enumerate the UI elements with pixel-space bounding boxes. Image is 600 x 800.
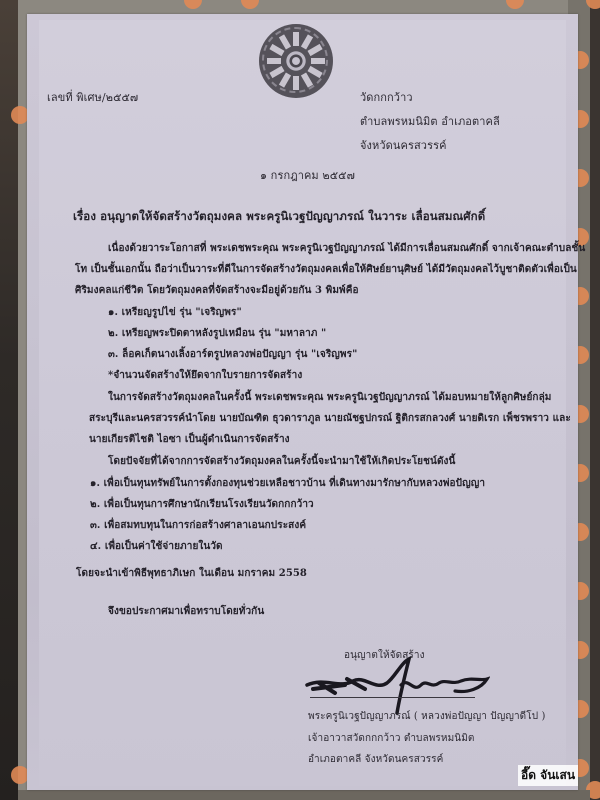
signatory-name: พระครูนิเวฐปัญญาภรณ์ ( หลวงพ่อปัญญา ปัญญ… [308, 709, 545, 724]
document-date: ๑ กรกฎาคม ๒๕๕๗ [260, 166, 355, 184]
reference-number: เลขที่ พิเศษ/๒๕๕๗ [47, 88, 138, 106]
paragraph-line: สระบุรีและนครสวรรค์นำโดย นายบัณฑิต ธุวดา… [89, 411, 571, 426]
sleeve-bottom-edge [18, 790, 590, 800]
quantity-note: *จำนวนจัดสร้างให้ยึดจากใบรายการจัดสร้าง [108, 368, 302, 383]
sender-address-line: ตำบลพรหมนิมิต อำเภอตาคลี [360, 112, 500, 130]
purpose-intro: โดยปัจจัยที่ได้จากการจัดสร้างวัตถุมงคลใน… [108, 454, 455, 469]
amulet-item: ๒. เหรียญพระปิดตาหลังรูปเหมือน รุ่น "มหา… [108, 326, 326, 341]
purpose-item: ๔. เพื่อเป็นค่าใช้จ่ายภายในวัด [90, 539, 223, 554]
amulet-item: ๑. เหรียญรูปไข่ รุ่น "เจริญพร" [108, 305, 242, 320]
paragraph-line: ในการจัดสร้างวัตถุมงคลในครั้งนี้ พระเดชพ… [108, 390, 552, 405]
seal-spoke [293, 76, 299, 90]
seal-spoke [267, 58, 281, 64]
purpose-item: ๒. เพื่อเป็นทุนการศึกษานักเรียนโรงเรียนว… [90, 497, 314, 512]
dharma-wheel-seal-icon [259, 24, 333, 98]
paragraph-line: นายเกียรติไชติ ไอซา เป็นผู้ดำเนินการจัดส… [89, 432, 290, 447]
announcement: จึงขอประกาศมาเพื่อทราบโดยทั่วกัน [108, 604, 264, 619]
paragraph-line: เนื่องด้วยวาระโอกาสที่ พระเดชพระคุณ พระค… [108, 241, 585, 256]
photo-watermark: อี๊ด จันเสน [518, 765, 578, 786]
purpose-item: ๑. เพื่อเป็นทุนทรัพย์ในการตั้งกองทุนช่วย… [90, 476, 485, 491]
amulet-item: ๓. ล็อคเก็ตนางเลิ้งอาร์ตรูปหลวงพ่อปัญญา … [108, 347, 357, 362]
seal-spoke [293, 32, 299, 46]
seal-spoke [311, 58, 325, 64]
handwritten-signature-icon [305, 655, 490, 715]
ceremony-note: โดยจะนำเข้าพิธีพุทธาภิเษก ในเดือน มกราคม… [76, 566, 307, 581]
purpose-item: ๓. เพื่อสมทบทุนในการก่อสร้างศาลาเอนกประส… [90, 518, 306, 533]
paragraph-line: ศิริมงคลแก่ชีวิต โดยวัตถุมงคลที่จัดสร้าง… [75, 283, 359, 298]
sender-province: จังหวัดนครสวรรค์ [360, 136, 447, 154]
subject-line: เรื่อง อนุญาตให้จัดสร้างวัตถุมงคล พระครู… [73, 208, 485, 226]
signatory-location: อำเภอตาคลี จังหวัดนครสวรรค์ [308, 752, 443, 767]
signature-line [310, 697, 475, 698]
signatory-title: เจ้าอาวาสวัดกกกว้าว ตำบลพรหมนิมิต [308, 731, 475, 746]
paragraph-line: โท เป็นชั้นเอกนั้น ถือว่าเป็นวาระที่ดีใน… [75, 262, 577, 277]
sender-name: วัดกกกว้าว [360, 88, 413, 106]
